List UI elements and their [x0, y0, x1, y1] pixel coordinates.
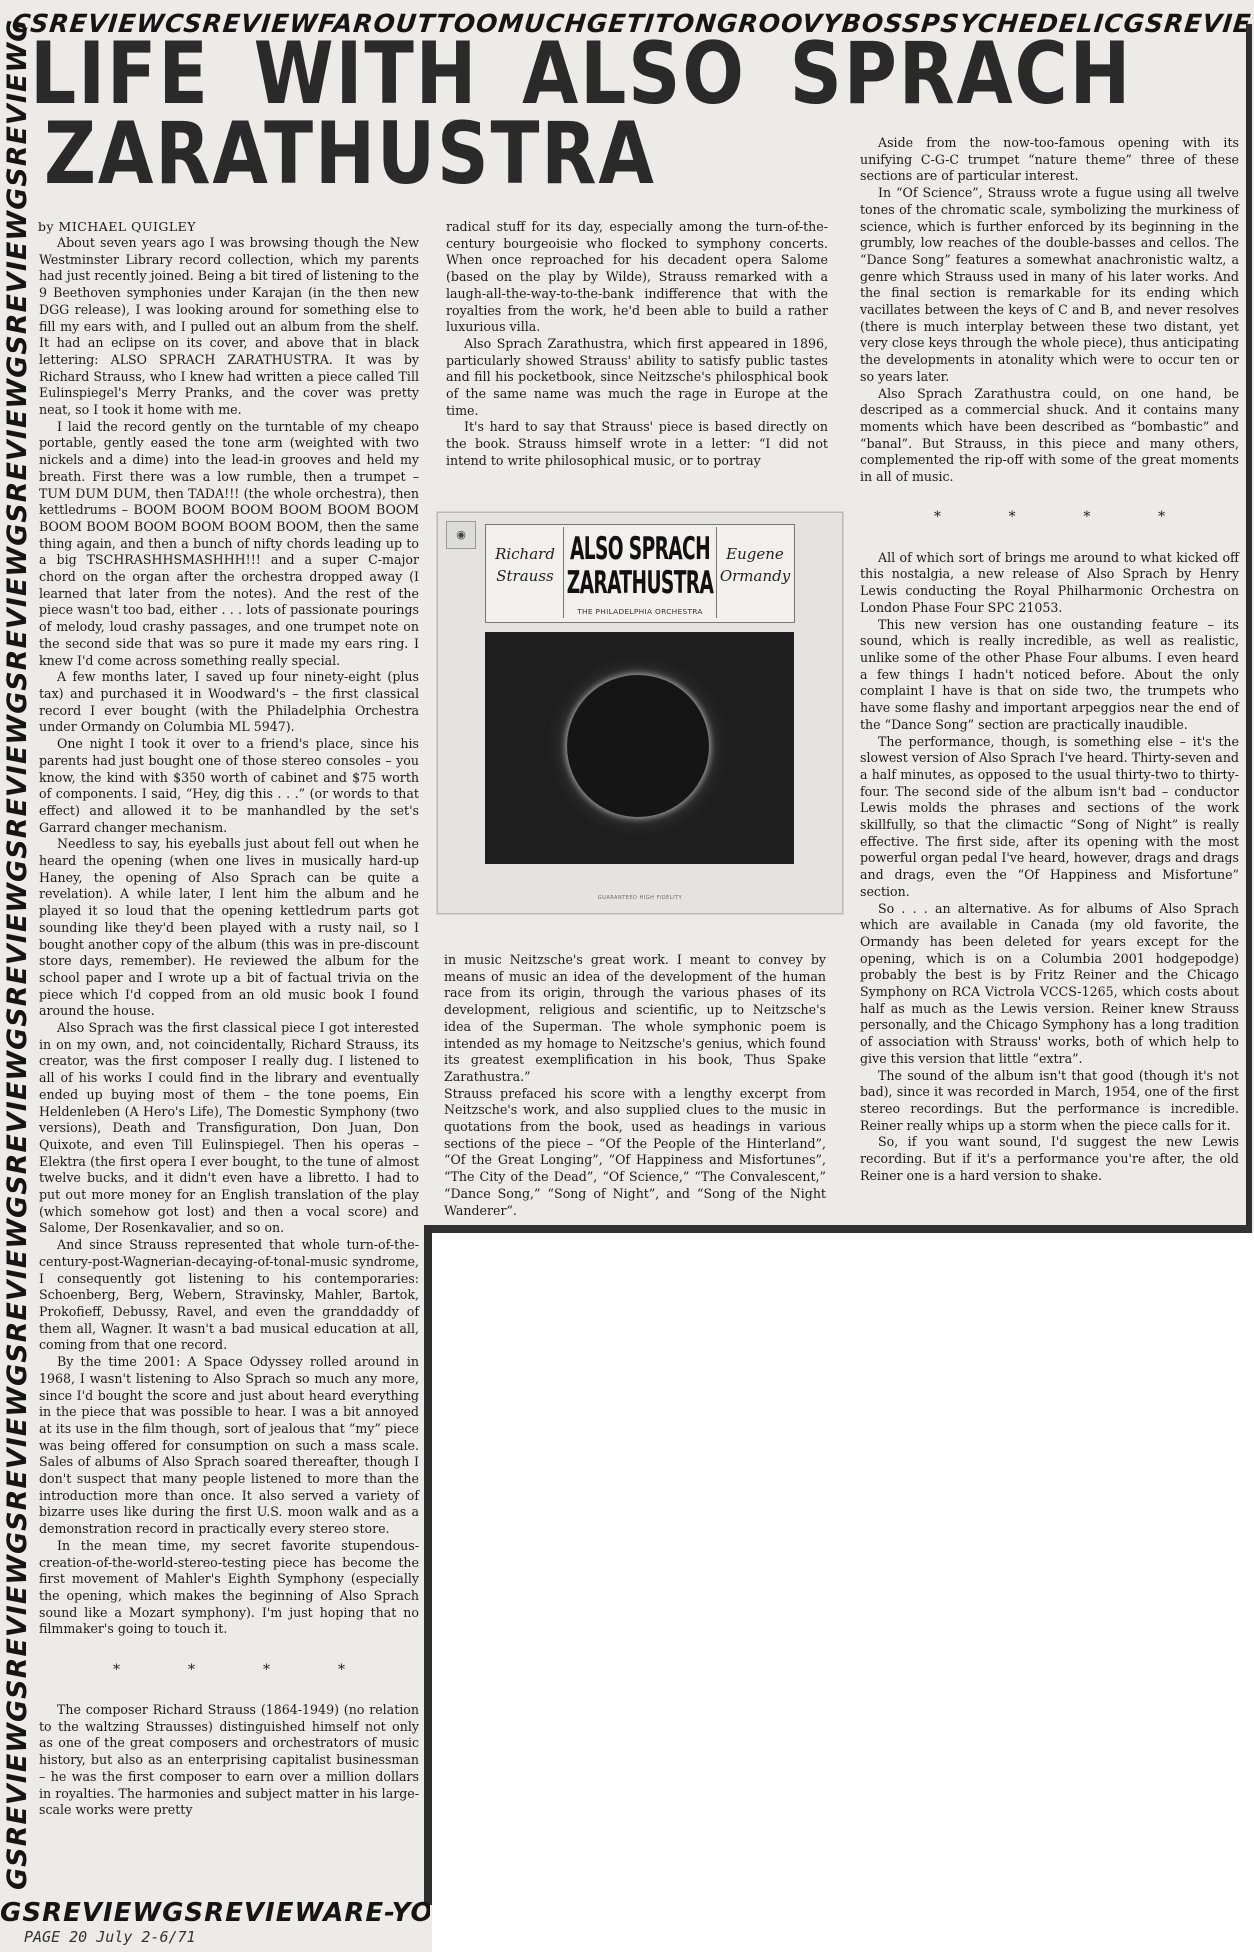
paragraph: And since Strauss represented that whole…	[39, 1237, 419, 1354]
left-banner-strip: GSREVIEWGSREVIEWGSREVIEWGSREVIEWGSREVIEW…	[0, 20, 36, 1890]
frame-border-left	[424, 1225, 432, 1905]
paragraph: All of which sort of brings me around to…	[860, 550, 1239, 617]
album-conductor: Eugene Ormandy	[718, 543, 792, 587]
album-footer-text: GUARANTEED HIGH FIDELITY	[438, 895, 842, 901]
paragraph: In “Of Science”, Strauss wrote a fugue u…	[860, 185, 1239, 385]
left-banner-lettering: GSREVIEWGSREVIEWGSREVIEWGSREVIEWGSREVIEW…	[0, 20, 36, 1890]
paragraph: I laid the record gently on the turntabl…	[39, 419, 419, 670]
article-column-right: Aside from the now-too-famous opening wi…	[860, 135, 1239, 1184]
album-cover-image: ◉ Richard Strauss ALSO SPRACH ZARATHUSTR…	[437, 512, 843, 914]
album-cover-header: Richard Strauss ALSO SPRACH ZARATHUSTRA …	[485, 524, 795, 623]
album-title-line-2: ZARATHUSTRA	[556, 567, 725, 601]
article-column-middle-top: radical stuff for its day, especially am…	[446, 219, 828, 470]
paragraph: Also Sprach was the first classical piec…	[39, 1020, 419, 1237]
paragraph: The performance, though, is something el…	[860, 734, 1239, 901]
page-footer: PAGE 20 July 2-6/71	[24, 1928, 196, 1946]
paragraph: So, if you want sound, I'd suggest the n…	[860, 1134, 1239, 1184]
byline: by MICHAEL QUIGLEY	[38, 219, 196, 234]
paragraph: radical stuff for its day, especially am…	[446, 219, 828, 336]
paragraph: It's hard to say that Strauss' piece is …	[446, 419, 828, 469]
asterisk: *	[1083, 509, 1090, 526]
asterisk: *	[1009, 509, 1016, 526]
album-composer: Richard Strauss	[488, 543, 562, 587]
paragraph: in music Neitzsche's great work. I meant…	[444, 952, 826, 1086]
asterisk: *	[263, 1662, 270, 1679]
paragraph: A few months later, I saved up four nine…	[39, 669, 419, 736]
paragraph: So . . . an alternative. As for albums o…	[860, 901, 1239, 1068]
asterisk: *	[188, 1662, 195, 1679]
paragraph: By the time 2001: A Space Odyssey rolled…	[39, 1354, 419, 1538]
paragraph: This new version has one oustanding feat…	[860, 617, 1239, 734]
asterisk: *	[1158, 509, 1165, 526]
article-column-left: About seven years ago I was browsing tho…	[39, 235, 419, 1819]
section-separator: * * * *	[39, 1638, 419, 1702]
blank-area	[432, 1233, 1254, 1952]
album-orchestra: THE PHILADELPHIA ORCHESTRA	[564, 607, 716, 616]
asterisk: *	[338, 1662, 345, 1679]
headline-line-2: ZARATHUSTRA	[44, 108, 656, 200]
paragraph: About seven years ago I was browsing tho…	[39, 235, 419, 419]
article-column-middle-bottom: in music Neitzsche's great work. I meant…	[444, 952, 826, 1219]
paragraph: Also Sprach Zarathustra could, on one ha…	[860, 386, 1239, 486]
frame-border-right	[1246, 24, 1252, 1245]
paragraph: One night I took it over to a friend's p…	[39, 736, 419, 836]
paragraph: The sound of the album isn't that good (…	[860, 1068, 1239, 1135]
columbia-logo-icon: ◉	[446, 521, 476, 549]
asterisk: *	[934, 509, 941, 526]
paragraph: Aside from the now-too-famous opening wi…	[860, 135, 1239, 185]
frame-border-bottom	[428, 1225, 1252, 1233]
album-title: ALSO SPRACH ZARATHUSTRA	[556, 533, 725, 600]
eclipse-icon	[567, 675, 709, 817]
section-separator: * * * *	[860, 486, 1239, 550]
album-title-line-1: ALSO SPRACH	[556, 533, 725, 567]
eclipse-photo	[485, 632, 794, 864]
album-title-box: ALSO SPRACH ZARATHUSTRA THE PHILADELPHIA…	[563, 527, 717, 618]
bottom-banner-lettering: GSREVIEWGSREVIEWARE-YOURE	[0, 1896, 430, 1930]
paragraph: Needless to say, his eyeballs just about…	[39, 836, 419, 1020]
paragraph: In the mean time, my secret favorite stu…	[39, 1538, 419, 1638]
asterisk: *	[113, 1662, 120, 1679]
paragraph: Strauss prefaced his score with a length…	[444, 1086, 826, 1220]
paragraph: The composer Richard Strauss (1864-1949)…	[39, 1702, 419, 1819]
paragraph: Also Sprach Zarathustra, which first app…	[446, 336, 828, 420]
